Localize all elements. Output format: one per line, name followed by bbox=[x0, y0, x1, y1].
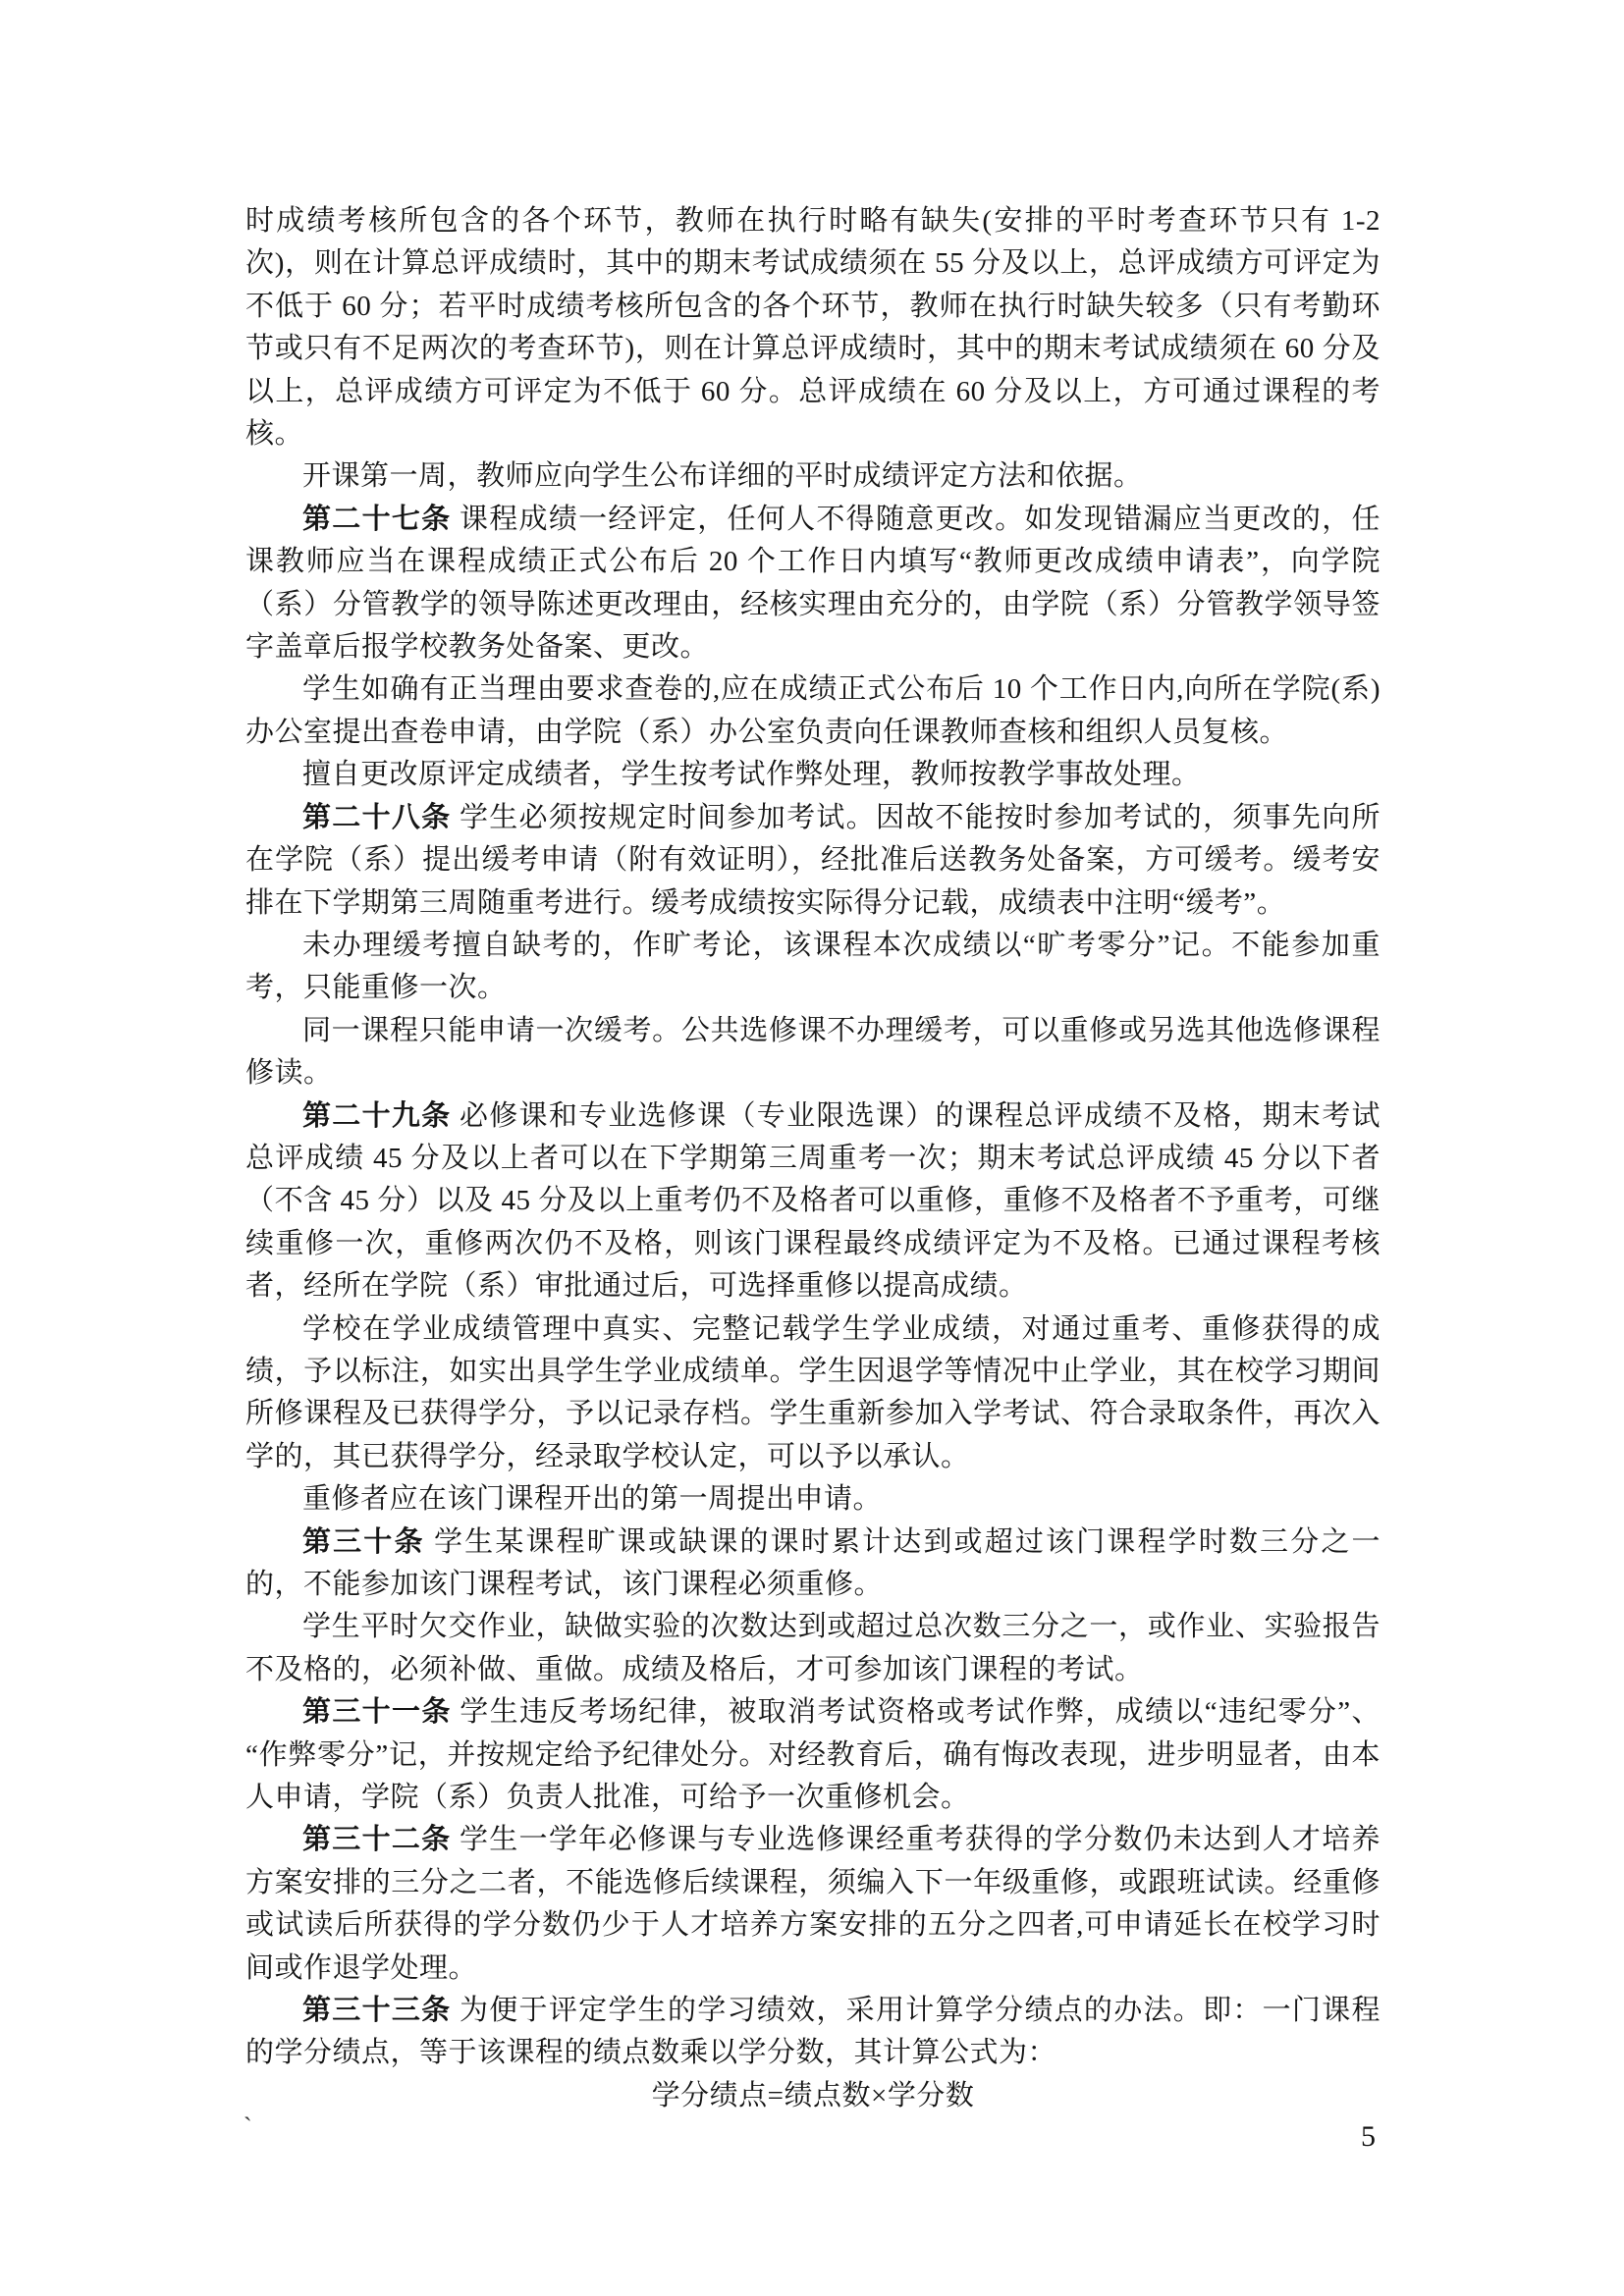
article-paragraph: 第三十条 学生某课程旷课或缺课的课时累计达到或超过该门课程学时数三分之一的，不能… bbox=[245, 1522, 1380, 1607]
article-number: 第二十七条 bbox=[302, 504, 451, 535]
article-number: 第三十一条 bbox=[302, 1696, 452, 1728]
body-paragraph: 学生平时欠交作业，缺做实验的次数达到或超过总次数三分之一，或作业、实验报告不及格… bbox=[245, 1606, 1380, 1691]
paragraph-text: 学生如确有正当理由要求查卷的,应在成绩正式公布后 10 个工作日内,向所在学院(… bbox=[245, 673, 1380, 747]
article-number: 第二十八条 bbox=[302, 802, 451, 833]
body-paragraph: 同一课程只能申请一次缓考。公共选修课不办理缓考，可以重修或另选其他选修课程修读。 bbox=[245, 1010, 1380, 1095]
body-paragraph: 时成绩考核所包含的各个环节，教师在执行时略有缺失(安排的平时考查环节只有 1-2… bbox=[245, 200, 1380, 455]
article-paragraph: 第二十八条 学生必须按规定时间参加考试。因故不能按时参加考试的，须事先向所在学院… bbox=[245, 797, 1380, 925]
paragraph-text: 同一课程只能申请一次缓考。公共选修课不办理缓考，可以重修或另选其他选修课程修读。 bbox=[245, 1015, 1380, 1089]
article-number: 第三十三条 bbox=[302, 1995, 451, 2026]
paragraph-text: 开课第一周，教师应向学生公布详细的平时成绩评定方法和依据。 bbox=[302, 460, 1143, 492]
paragraph-text: 擅自更改原评定成绩者，学生按考试作弊处理，教师按教学事故处理。 bbox=[302, 759, 1201, 790]
body-paragraph: 学分绩点=绩点数×学分数 bbox=[245, 2075, 1380, 2117]
body-paragraph: 学校在学业成绩管理中真实、完整记载学生学业成绩，对通过重考、重修获得的成绩，予以… bbox=[245, 1308, 1380, 1479]
article-paragraph: 第三十二条 学生一学年必修课与专业选修课经重考获得的学分数仍未达到人才培养方案安… bbox=[245, 1819, 1380, 1990]
article-paragraph: 第二十九条 必修课和专业选修课（专业限选课）的课程总评成绩不及格，期末考试总评成… bbox=[245, 1095, 1380, 1308]
body-paragraph: 重修者应在该门课程开出的第一周提出申请。 bbox=[245, 1478, 1380, 1521]
article-number: 第二十九条 bbox=[302, 1100, 451, 1132]
paragraph-text: 时成绩考核所包含的各个环节，教师在执行时略有缺失(安排的平时考查环节只有 1-2… bbox=[245, 205, 1380, 450]
text-block: 时成绩考核所包含的各个环节，教师在执行时略有缺失(安排的平时考查环节只有 1-2… bbox=[245, 200, 1380, 2117]
article-paragraph: 第三十一条 学生违反考场纪律，被取消考试资格或考试作弊，成绩以“违纪零分”、“作… bbox=[245, 1691, 1380, 1819]
article-number: 第三十条 bbox=[302, 1526, 425, 1558]
paragraph-text: 学生平时欠交作业，缺做实验的次数达到或超过总次数三分之一，或作业、实验报告不及格… bbox=[245, 1611, 1380, 1684]
body-paragraph: 学生如确有正当理由要求查卷的,应在成绩正式公布后 10 个工作日内,向所在学院(… bbox=[245, 668, 1380, 754]
stray-scan-mark: ` bbox=[244, 2112, 252, 2142]
article-number: 第三十二条 bbox=[302, 1824, 451, 1855]
paragraph-text: 未办理缓考擅自缺考的，作旷考论，该课程本次成绩以“旷考零分”记。不能参加重考，只… bbox=[245, 930, 1380, 1003]
body-paragraph: 开课第一周，教师应向学生公布详细的平时成绩评定方法和依据。 bbox=[245, 455, 1380, 498]
paragraph-text: 学校在学业成绩管理中真实、完整记载学生学业成绩，对通过重考、重修获得的成绩，予以… bbox=[245, 1313, 1380, 1472]
paragraph-text: 重修者应在该门课程开出的第一周提出申请。 bbox=[302, 1483, 882, 1515]
page-number: 5 bbox=[1361, 2120, 1376, 2154]
body-paragraph: 擅自更改原评定成绩者，学生按考试作弊处理，教师按教学事故处理。 bbox=[245, 754, 1380, 796]
paragraph-text: 学分绩点=绩点数×学分数 bbox=[652, 2080, 975, 2111]
body-paragraph: 未办理缓考擅自缺考的，作旷考论，该课程本次成绩以“旷考零分”记。不能参加重考，只… bbox=[245, 925, 1380, 1010]
document-page: 时成绩考核所包含的各个环节，教师在执行时略有缺失(安排的平时考查环节只有 1-2… bbox=[0, 0, 1624, 2296]
article-paragraph: 第二十七条 课程成绩一经评定，任何人不得随意更改。如发现错漏应当更改的，任课教师… bbox=[245, 499, 1380, 669]
article-paragraph: 第三十三条 为便于评定学生的学习绩效，采用计算学分绩点的办法。即：一门课程的学分… bbox=[245, 1990, 1380, 2075]
